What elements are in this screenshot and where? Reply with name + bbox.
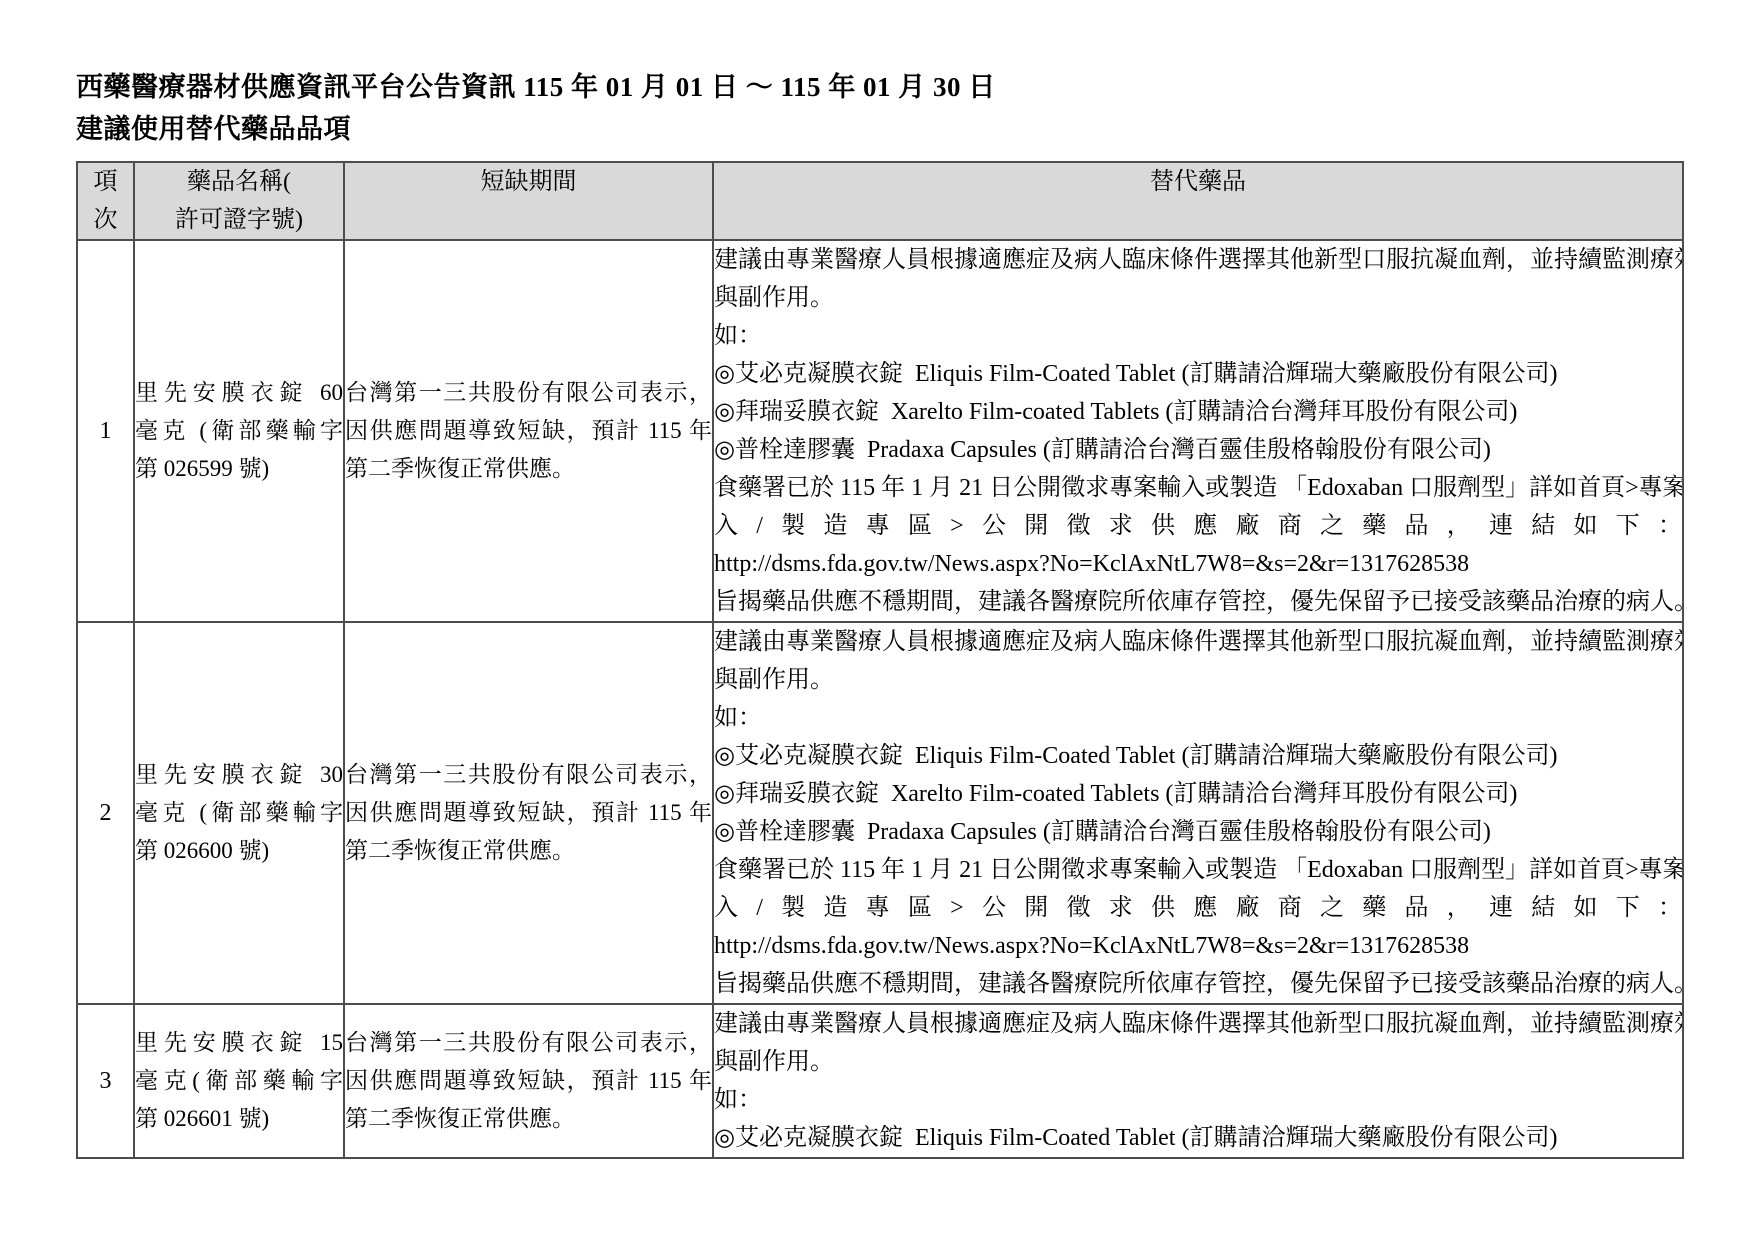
doc-line: 第 026600 號) [135, 832, 343, 870]
doc-line: 台灣第一三共股份有限公司表示， [345, 1024, 712, 1062]
doc-line: 建議由專業醫療人員根據適應症及病人臨床條件選擇其他新型口服抗凝血劑，並持續監測療… [714, 1005, 1682, 1043]
table-row: 3 里先安膜衣錠 15毫克(衛部藥輸字第 026601 號) 台灣第一三共股份有… [77, 1004, 1683, 1158]
table-header-row: 項 次 藥品名稱( 許可證字號) 短缺期間 替代藥品 [77, 162, 1683, 240]
header-item-no-line2: 次 [78, 201, 133, 239]
header-drug-name-line2: 許可證字號) [135, 201, 343, 239]
shortage-period-cell: 台灣第一三共股份有限公司表示，因供應問題導致短缺，預計 115 年第二季恢復正常… [344, 622, 713, 1004]
alternative-cell: 建議由專業醫療人員根據適應症及病人臨床條件選擇其他新型口服抗凝血劑，並持續監測療… [713, 240, 1683, 622]
drug-name-cell: 里先安膜衣錠 60毫克 (衛部藥輸字第 026599 號) [134, 240, 344, 622]
doc-line: 里先安膜衣錠 60 [135, 374, 343, 412]
page-title: 西藥醫療器材供應資訊平台公告資訊 115 年 01 月 01 日 ～ 115 年… [76, 66, 1690, 108]
header-item-no-line1: 項 [78, 163, 133, 201]
header-shortage-period: 短缺期間 [344, 162, 713, 240]
doc-line: 與副作用。 [714, 279, 1682, 317]
doc-line: 台灣第一三共股份有限公司表示， [345, 756, 712, 794]
doc-line: ◎拜瑞妥膜衣錠 Xarelto Film-coated Tablets (訂購請… [714, 775, 1682, 813]
doc-line: ◎艾必克凝膜衣錠 Eliquis Film-Coated Tablet (訂購請… [714, 355, 1682, 393]
page-subtitle: 建議使用替代藥品品項 [76, 108, 1690, 150]
doc-line: 建議由專業醫療人員根據適應症及病人臨床條件選擇其他新型口服抗凝血劑，並持續監測療… [714, 241, 1682, 279]
doc-line: 第二季恢復正常供應。 [345, 1100, 712, 1138]
doc-line: 如： [714, 1081, 1682, 1119]
header-alternative: 替代藥品 [713, 162, 1683, 240]
doc-line: 因供應問題導致短缺，預計 115 年 [345, 1062, 712, 1100]
item-no-cell: 3 [77, 1004, 134, 1158]
doc-line: 第 026601 號) [135, 1100, 343, 1138]
doc-line: 毫克(衛部藥輸字 [135, 1062, 343, 1100]
alternative-cell: 建議由專業醫療人員根據適應症及病人臨床條件選擇其他新型口服抗凝血劑，並持續監測療… [713, 1004, 1683, 1158]
doc-line: http://dsms.fda.gov.tw/News.aspx?No=KclA… [714, 545, 1682, 583]
alternative-drug-table: 項 次 藥品名稱( 許可證字號) 短缺期間 替代藥品 1 里先安膜衣錠 60毫克… [76, 161, 1684, 1159]
doc-line: 旨揭藥品供應不穩期間，建議各醫療院所依庫存管控，優先保留予已接受該藥品治療的病人… [714, 583, 1682, 621]
doc-line: 台灣第一三共股份有限公司表示， [345, 374, 712, 412]
doc-line: ◎拜瑞妥膜衣錠 Xarelto Film-coated Tablets (訂購請… [714, 393, 1682, 431]
doc-line: 建議由專業醫療人員根據適應症及病人臨床條件選擇其他新型口服抗凝血劑，並持續監測療… [714, 623, 1682, 661]
shortage-period-cell: 台灣第一三共股份有限公司表示，因供應問題導致短缺，預計 115 年第二季恢復正常… [344, 1004, 713, 1158]
doc-line: 里先安膜衣錠 15 [135, 1024, 343, 1062]
drug-table-body: 1 里先安膜衣錠 60毫克 (衛部藥輸字第 026599 號) 台灣第一三共股份… [77, 240, 1683, 1158]
doc-line: 如： [714, 699, 1682, 737]
table-row: 1 里先安膜衣錠 60毫克 (衛部藥輸字第 026599 號) 台灣第一三共股份… [77, 240, 1683, 622]
doc-line: ◎普栓達膠囊 Pradaxa Capsules (訂購請洽台灣百靈佳殷格翰股份有… [714, 813, 1682, 851]
doc-line: 如： [714, 317, 1682, 355]
announcement-page: 西藥醫療器材供應資訊平台公告資訊 115 年 01 月 01 日 ～ 115 年… [0, 0, 1755, 1159]
alternative-cell: 建議由專業醫療人員根據適應症及病人臨床條件選擇其他新型口服抗凝血劑，並持續監測療… [713, 622, 1683, 1004]
table-row: 2 里先安膜衣錠 30毫克 (衛部藥輸字第 026600 號) 台灣第一三共股份… [77, 622, 1683, 1004]
header-drug-name: 藥品名稱( 許可證字號) [134, 162, 344, 240]
drug-name-cell: 里先安膜衣錠 30毫克 (衛部藥輸字第 026600 號) [134, 622, 344, 1004]
doc-line: 毫克 (衛部藥輸字 [135, 412, 343, 450]
item-no-cell: 1 [77, 240, 134, 622]
doc-line: 里先安膜衣錠 30 [135, 756, 343, 794]
header-shortage-period-label: 短缺期間 [345, 163, 712, 201]
doc-line: 食藥署已於 115 年 1 月 21 日公開徵求專案輸入或製造 「Edoxaba… [714, 469, 1682, 507]
doc-line: ◎艾必克凝膜衣錠 Eliquis Film-Coated Tablet (訂購請… [714, 1119, 1682, 1157]
doc-line: 與副作用。 [714, 661, 1682, 699]
item-no-cell: 2 [77, 622, 134, 1004]
header-alternative-label: 替代藥品 [714, 163, 1682, 201]
doc-line: 第二季恢復正常供應。 [345, 450, 712, 488]
doc-line: 食藥署已於 115 年 1 月 21 日公開徵求專案輸入或製造 「Edoxaba… [714, 851, 1682, 889]
header-drug-name-line1: 藥品名稱( [135, 163, 343, 201]
doc-line: 因供應問題導致短缺，預計 115 年 [345, 412, 712, 450]
doc-line: 第 026599 號) [135, 450, 343, 488]
doc-line: 旨揭藥品供應不穩期間，建議各醫療院所依庫存管控，優先保留予已接受該藥品治療的病人… [714, 965, 1682, 1003]
doc-line: http://dsms.fda.gov.tw/News.aspx?No=KclA… [714, 927, 1682, 965]
header-item-no: 項 次 [77, 162, 134, 240]
drug-name-cell: 里先安膜衣錠 15毫克(衛部藥輸字第 026601 號) [134, 1004, 344, 1158]
doc-line: 與副作用。 [714, 1043, 1682, 1081]
doc-line: 第二季恢復正常供應。 [345, 832, 712, 870]
doc-line: 入/製造專區>公開徵求供應廠商之藥品，連結如下： [714, 507, 1682, 545]
doc-line: ◎艾必克凝膜衣錠 Eliquis Film-Coated Tablet (訂購請… [714, 737, 1682, 775]
doc-line: 毫克 (衛部藥輸字 [135, 794, 343, 832]
doc-line: 入/製造專區>公開徵求供應廠商之藥品，連結如下： [714, 889, 1682, 927]
shortage-period-cell: 台灣第一三共股份有限公司表示，因供應問題導致短缺，預計 115 年第二季恢復正常… [344, 240, 713, 622]
doc-line: 因供應問題導致短缺，預計 115 年 [345, 794, 712, 832]
doc-line: ◎普栓達膠囊 Pradaxa Capsules (訂購請洽台灣百靈佳殷格翰股份有… [714, 431, 1682, 469]
